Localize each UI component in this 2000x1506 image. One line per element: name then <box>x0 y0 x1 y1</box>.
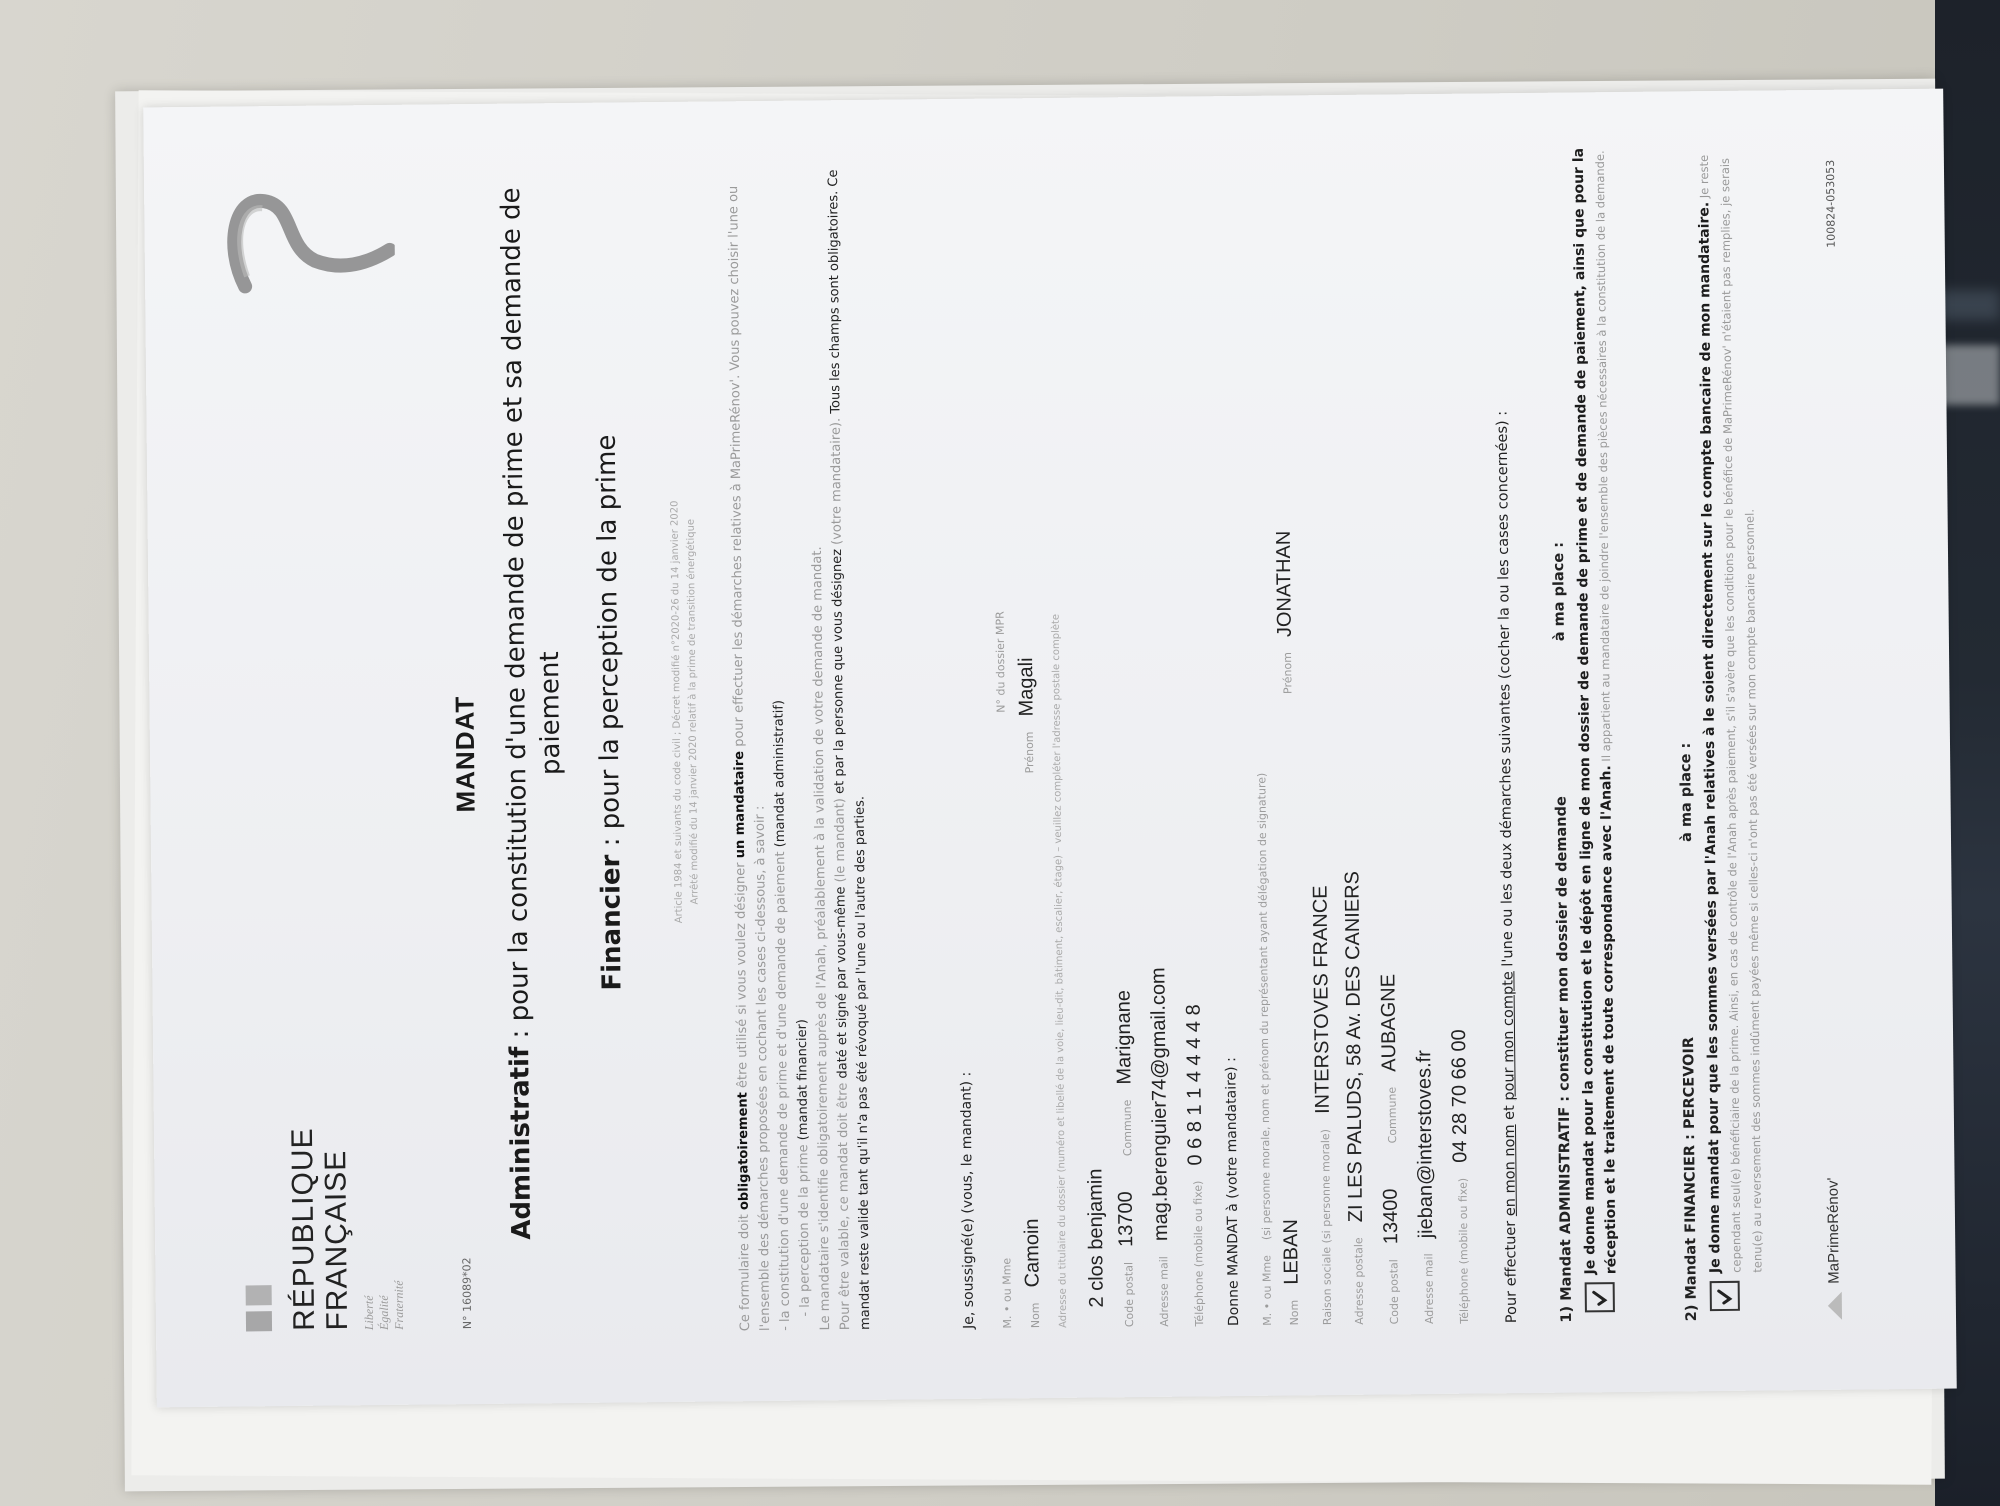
motto-fraternite: Fraternité <box>390 1126 407 1330</box>
mandant-address-field[interactable]: 2 clos benjamin <box>1084 1168 1107 1307</box>
republique-francaise-logo: RÉPUBLIQUE FRANÇAISE Liberté Égalité Fra… <box>244 1126 407 1331</box>
intro-bullet: - la perception de la prime <box>796 1140 813 1317</box>
mandataire-email-row: Adresse mail jieban@interstoves.fr <box>1413 1050 1439 1324</box>
maprimerenov-footer-logo: MaPrimeRénov' <box>1825 1178 1843 1320</box>
mandataire-civility-label[interactable]: M. • ou Mme <box>1260 1255 1274 1326</box>
intro-bullet-emph: (mandat administratif) <box>771 700 788 847</box>
mandant-email-field[interactable]: mag.berenguier74@gmail.com <box>1147 967 1172 1241</box>
subtitle-financier: Financier : pour la perception de la pri… <box>589 162 631 1262</box>
mandant-tel-row: Téléphone (mobile ou fixe) 0 6 8 1 1 4 4… <box>1183 1004 1209 1326</box>
intro-bullet: - la constitution d'une demande de prime… <box>773 847 793 1331</box>
subtitle-administratif: Administratif : pour la constitution d'u… <box>494 163 574 1264</box>
mandataire-civility-row: M. • ou Mme (si personne morale, nom et … <box>1250 763 1275 1326</box>
choices-lead-underline: pour mon compte <box>1500 971 1517 1101</box>
admin-heading-text: 1) Mandat ADMINISTRATIF : constituer mon… <box>1554 796 1576 1323</box>
mandataire-cp-field[interactable]: 13400 <box>1380 1188 1403 1244</box>
mandataire-name-row: Nom LEBAN Prénom JONATHAN <box>1273 531 1304 1326</box>
mandataire-heading: Donne MANDAT à (votre mandataire) : <box>1223 1057 1242 1326</box>
mandant-commune-field[interactable]: Marignane <box>1113 990 1136 1085</box>
mandataire-prenom-label: Prénom <box>1281 652 1294 694</box>
maprimerenov-logo-icon <box>1828 1292 1842 1320</box>
mandant-prenom-label: Prénom <box>1023 731 1036 773</box>
mandataire-raison-row: Raison sociale (si personne morale) INTE… <box>1309 885 1337 1325</box>
mandant-cp-field[interactable]: 13700 <box>1115 1191 1138 1247</box>
maprimerenov-swoosh-icon <box>224 185 395 307</box>
mandataire-tel-field[interactable]: 04 28 70 66 00 <box>1448 1029 1471 1163</box>
choices-lead: Pour effectuer en mon nom et pour mon co… <box>1489 148 1523 1323</box>
mandant-prenom-field[interactable]: Magali <box>1015 657 1038 716</box>
mandataire-cp-label: Code postal <box>1387 1259 1401 1324</box>
intro-text: (le mandant) <box>832 794 848 887</box>
intro-text: (votre mandataire). <box>829 418 845 549</box>
intro-emph: un mandataire <box>732 751 748 859</box>
mandant-cp-label: Code postal <box>1122 1262 1136 1327</box>
mandant-civility-label[interactable]: M. • ou Mme <box>1000 1258 1014 1329</box>
mandataire-email-label: Adresse mail <box>1422 1253 1436 1324</box>
mandataire-tel-row: Téléphone (mobile ou fixe) 04 28 70 66 0… <box>1448 1029 1474 1324</box>
intro-bullet-emph: (mandat financier) <box>795 1019 811 1140</box>
choices-lead-underline: en mon nom <box>1502 1124 1519 1216</box>
mandataire-commune-label: Commune <box>1386 1087 1400 1144</box>
checkmark-icon <box>1715 1288 1733 1306</box>
mandant-dossier-label: N° du dossier MPR <box>994 611 1008 713</box>
intro-emph: obligatoirement <box>736 1092 752 1210</box>
mandataire-nom-label: Nom <box>1288 1300 1301 1326</box>
mandataire-city-row: Code postal 13400 Commune AUBAGNE <box>1377 974 1404 1325</box>
fin-heading-text: 2) Mandat FINANCIER : PERCEVOIR <box>1681 1037 1700 1321</box>
mandataire-address-row: Adresse postale ZI LES PALUDS, 58 Av. DE… <box>1341 871 1369 1325</box>
fin-mandate-option: Je donne mandat pour que les sommes vers… <box>1694 146 1769 1322</box>
mandataire-tel-label: Téléphone (mobile ou fixe) <box>1457 1178 1472 1324</box>
document-title: MANDAT <box>443 104 488 1404</box>
mandataire-nom-field[interactable]: LEBAN <box>1280 1219 1303 1285</box>
intro-paragraph: Ce formulaire doit obligatoirement être … <box>724 155 876 1331</box>
subtitle-admin-text: : pour la constitution d'une demande de … <box>496 187 566 1047</box>
mandataire-raison-label: Raison sociale (si personne morale) <box>1319 1129 1334 1325</box>
mandant-email-row: Adresse mail mag.berenguier74@gmail.com <box>1147 967 1174 1327</box>
choices-lead-text: l'une ou les deux démarches suivantes (c… <box>1494 411 1516 972</box>
checkmark-icon <box>1590 1289 1608 1307</box>
fin-heading-end: à ma place : <box>1678 743 1695 842</box>
mandant-heading: Je, soussigné(e) (vous, le mandant) : <box>958 1072 977 1329</box>
intro-emph: et par la personne que vous désignez <box>830 549 848 794</box>
mandataire-prenom-field[interactable]: JONATHAN <box>1273 531 1296 638</box>
mandant-city-row: Code postal 13700 Commune Marignane <box>1113 990 1140 1327</box>
mandant-civility-row: M. • ou Mme N° du dossier MPR <box>988 601 1015 1328</box>
fin-mandate-checkbox[interactable] <box>1710 1281 1740 1311</box>
mandant-nom-label: Nom <box>1029 1302 1042 1328</box>
mandant-address-hint: Adresse du titulaire du dossier (numéro … <box>1044 158 1072 1328</box>
intro-text: Ce formulaire doit <box>737 1210 753 1331</box>
admin-heading-end: à ma place : <box>1551 542 1568 641</box>
mandant-name-row: Nom Camoin Prénom Magali <box>1015 657 1045 1328</box>
admin-mandate-note: Il appartient au mandataire de joindre l… <box>1593 150 1613 765</box>
republic-line-1: RÉPUBLIQUE <box>286 1127 321 1331</box>
mandataire-hint: (si personne morale, nom et prénom du re… <box>1255 773 1273 1240</box>
intro-text: être utilisé si vous voulez désigner <box>733 858 750 1092</box>
marianne-icon <box>246 1283 275 1331</box>
intro-text: Pour être valable, ce mandat doit être <box>835 1078 853 1330</box>
legal-references: Article 1984 et suivants du code civil ;… <box>664 162 708 1262</box>
mandant-address-row: 2 clos benjamin <box>1084 1168 1108 1307</box>
intro-emph: daté et signé par vous-même <box>833 886 850 1078</box>
mandataire-address-label: Adresse postale <box>1352 1237 1366 1325</box>
motto: Liberté Égalité Fraternité <box>360 1126 407 1330</box>
footer-brand: MaPrimeRénov' <box>1825 1178 1843 1284</box>
mandant-tel-label: Téléphone (mobile ou fixe) <box>1192 1181 1207 1327</box>
mandant-nom-field[interactable]: Camoin <box>1021 1218 1044 1287</box>
admin-mandate-checkbox[interactable] <box>1585 1282 1615 1312</box>
mandataire-address-field[interactable]: ZI LES PALUDS, 58 Av. DES CANIERS <box>1341 871 1367 1222</box>
mandataire-raison-field[interactable]: INTERSTOVES FRANCE <box>1309 885 1333 1114</box>
subtitle-fin-label: Financier <box>596 854 627 990</box>
republic-line-2: FRANÇAISE <box>319 1127 354 1331</box>
mandant-commune-label: Commune <box>1121 1100 1135 1157</box>
mandate-form-page: RÉPUBLIQUE FRANÇAISE Liberté Égalité Fra… <box>143 89 1957 1408</box>
subtitle-admin-label: Administratif <box>505 1047 537 1240</box>
document-id: 100824-053053 <box>1824 160 1838 248</box>
mandant-tel-field[interactable]: 0 6 8 1 1 4 4 4 4 8 <box>1183 1004 1207 1165</box>
mandataire-commune-field[interactable]: AUBAGNE <box>1377 974 1400 1072</box>
admin-mandate-option: Je donne mandat pour la constitution et … <box>1569 147 1623 1322</box>
subtitle-fin-text: : pour la perception de la prime <box>592 434 626 854</box>
mandant-email-label: Adresse mail <box>1157 1256 1171 1327</box>
choices-lead-text: et <box>1502 1101 1518 1125</box>
choices-lead-text: Pour effectuer <box>1503 1216 1520 1323</box>
mandataire-email-field[interactable]: jieban@interstoves.fr <box>1413 1050 1437 1238</box>
